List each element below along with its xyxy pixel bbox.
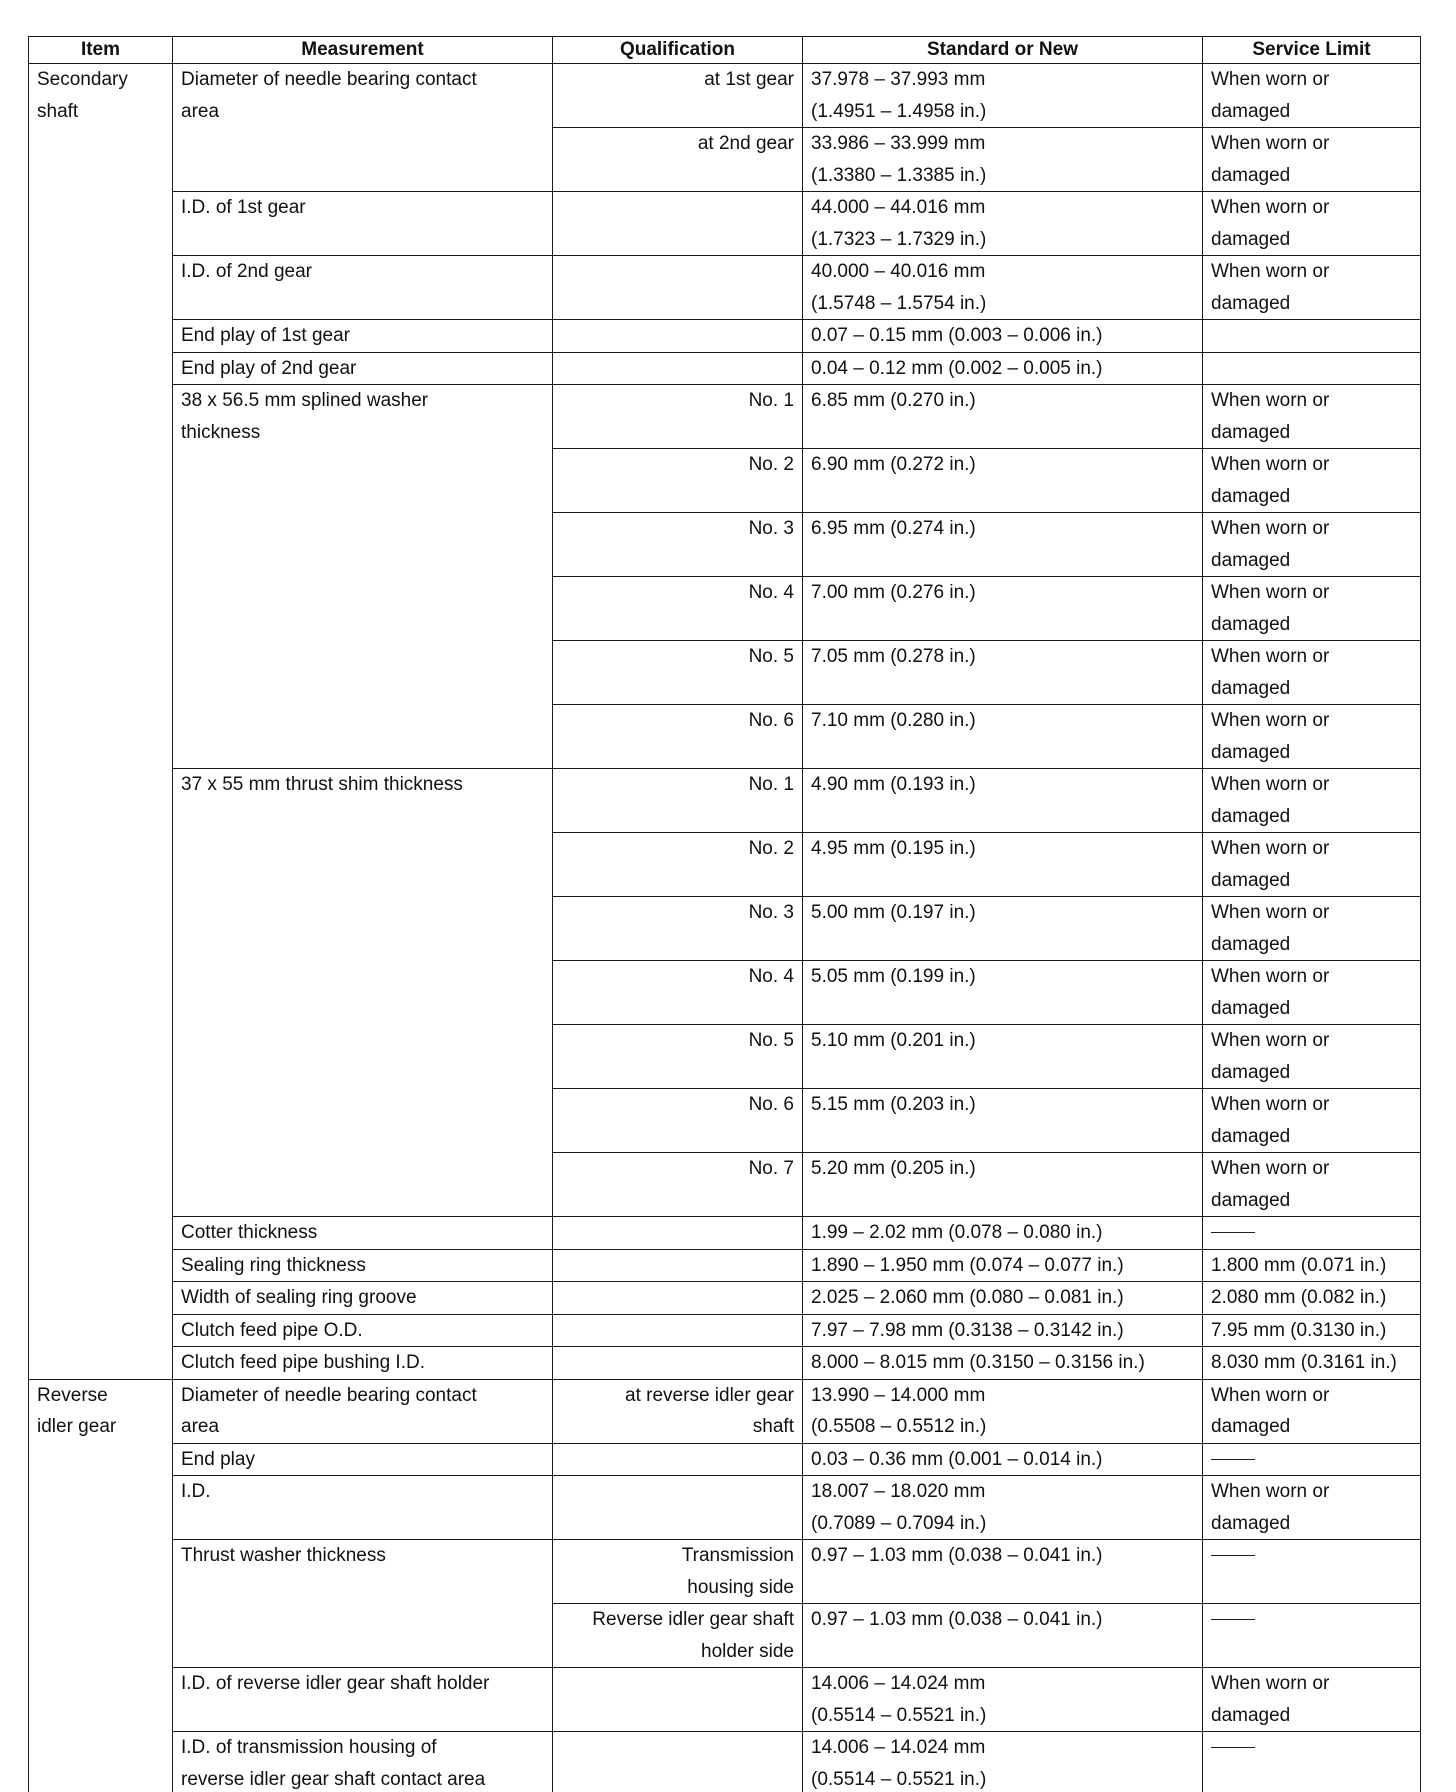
qualification-label: No. 7 <box>561 1153 794 1185</box>
qualification-label: holder side <box>561 1636 794 1668</box>
not-applicable-dash <box>1211 1555 1255 1556</box>
standard-cell: 5.00 mm (0.197 in.) <box>803 897 1203 961</box>
service-limit-value: damaged <box>1211 160 1412 192</box>
table-row: Cotter thickness1.99 – 2.02 mm (0.078 – … <box>29 1217 1421 1250</box>
service-limit-cell: When worn ordamaged <box>1203 1025 1421 1089</box>
item-label: shaft <box>37 96 164 128</box>
service-limit-value: damaged <box>1211 1121 1412 1153</box>
service-limit-value: When worn or <box>1211 1476 1412 1508</box>
qualification-cell <box>553 1217 803 1250</box>
service-limit-cell: 7.95 mm (0.3130 in.) <box>1203 1314 1421 1347</box>
service-limit-cell: When worn ordamaged <box>1203 577 1421 641</box>
item-cell: Reverseidler gear <box>29 1379 173 1792</box>
table-row: Reverseidler gearDiameter of needle bear… <box>29 1379 1421 1443</box>
qualification-label: at reverse idler gear <box>561 1380 794 1412</box>
measurement-cell: I.D. of reverse idler gear shaft holder <box>173 1668 553 1732</box>
measurement-label: 38 x 56.5 mm splined washer <box>181 385 544 417</box>
not-applicable-dash <box>1211 1459 1255 1460</box>
standard-value: 5.15 mm (0.203 in.) <box>811 1089 1194 1121</box>
service-limit-cell <box>1203 1540 1421 1604</box>
standard-cell: 0.97 – 1.03 mm (0.038 – 0.041 in.) <box>803 1540 1203 1604</box>
service-limit-value <box>1211 1604 1412 1636</box>
service-limit-value: When worn or <box>1211 128 1412 160</box>
measurement-label: End play of 2nd gear <box>181 353 544 385</box>
measurement-label: Thrust washer thickness <box>181 1540 544 1572</box>
qualification-label: No. 4 <box>561 577 794 609</box>
standard-cell: 4.90 mm (0.193 in.) <box>803 769 1203 833</box>
standard-value: 8.000 – 8.015 mm (0.3150 – 0.3156 in.) <box>811 1347 1194 1379</box>
service-limit-cell: When worn ordamaged <box>1203 769 1421 833</box>
service-limit-cell: When worn ordamaged <box>1203 385 1421 449</box>
standard-value: 44.000 – 44.016 mm <box>811 192 1194 224</box>
qualification-label: No. 3 <box>561 513 794 545</box>
measurement-cell: Thrust washer thickness <box>173 1540 553 1668</box>
standard-value: 6.95 mm (0.274 in.) <box>811 513 1194 545</box>
standard-value: (0.5508 – 0.5512 in.) <box>811 1411 1194 1443</box>
standard-cell: 5.10 mm (0.201 in.) <box>803 1025 1203 1089</box>
service-limit-value: When worn or <box>1211 385 1412 417</box>
standard-value: 14.006 – 14.024 mm <box>811 1732 1194 1764</box>
standard-value: 18.007 – 18.020 mm <box>811 1476 1194 1508</box>
service-limit-value: When worn or <box>1211 1668 1412 1700</box>
item-label: Secondary <box>37 64 164 96</box>
qualification-label: No. 5 <box>561 641 794 673</box>
measurement-label: I.D. of 2nd gear <box>181 256 544 288</box>
measurement-cell: Diameter of needle bearing contactarea <box>173 64 553 192</box>
service-limit-value: damaged <box>1211 1411 1412 1443</box>
service-limit-cell <box>1203 1443 1421 1476</box>
qualification-cell: Reverse idler gear shaftholder side <box>553 1604 803 1668</box>
qualification-cell: No. 3 <box>553 897 803 961</box>
service-limit-value: When worn or <box>1211 577 1412 609</box>
table-row: End play0.03 – 0.36 mm (0.001 – 0.014 in… <box>29 1443 1421 1476</box>
service-limit-cell <box>1203 1217 1421 1250</box>
qualification-label: Transmission <box>561 1540 794 1572</box>
measurement-label: I.D. of transmission housing of <box>181 1732 544 1764</box>
measurement-label: area <box>181 1411 544 1443</box>
qualification-cell: No. 2 <box>553 449 803 513</box>
measurement-cell: I.D. of 1st gear <box>173 192 553 256</box>
standard-cell: 13.990 – 14.000 mm(0.5508 – 0.5512 in.) <box>803 1379 1203 1443</box>
standard-value: 40.000 – 40.016 mm <box>811 256 1194 288</box>
header-item: Item <box>29 37 173 64</box>
qualification-cell: No. 1 <box>553 385 803 449</box>
qualification-cell <box>553 1249 803 1282</box>
service-limit-value: When worn or <box>1211 769 1412 801</box>
standard-cell: 44.000 – 44.016 mm(1.7323 – 1.7329 in.) <box>803 192 1203 256</box>
measurement-label: Diameter of needle bearing contact <box>181 64 544 96</box>
measurement-label: End play of 1st gear <box>181 320 544 352</box>
service-limit-value: damaged <box>1211 1508 1412 1540</box>
standard-cell: 0.97 – 1.03 mm (0.038 – 0.041 in.) <box>803 1604 1203 1668</box>
standard-cell: 5.20 mm (0.205 in.) <box>803 1153 1203 1217</box>
measurement-label: Diameter of needle bearing contact <box>181 1380 544 1412</box>
measurement-label: 37 x 55 mm thrust shim thickness <box>181 769 544 801</box>
standard-cell: 2.025 – 2.060 mm (0.080 – 0.081 in.) <box>803 1282 1203 1315</box>
standard-value: 14.006 – 14.024 mm <box>811 1668 1194 1700</box>
measurement-cell: End play of 2nd gear <box>173 352 553 385</box>
service-limit-value: damaged <box>1211 481 1412 513</box>
measurement-label: Cotter thickness <box>181 1217 544 1249</box>
standard-cell: 7.10 mm (0.280 in.) <box>803 705 1203 769</box>
table-header-row: Item Measurement Qualification Standard … <box>29 37 1421 64</box>
standard-cell: 8.000 – 8.015 mm (0.3150 – 0.3156 in.) <box>803 1347 1203 1380</box>
measurement-cell: 37 x 55 mm thrust shim thickness <box>173 769 553 1217</box>
service-limit-cell: When worn ordamaged <box>1203 1153 1421 1217</box>
service-limit-value <box>1211 1540 1412 1572</box>
standard-cell: 6.95 mm (0.274 in.) <box>803 513 1203 577</box>
standard-value: 6.90 mm (0.272 in.) <box>811 449 1194 481</box>
table-row: 38 x 56.5 mm splined washerthicknessNo. … <box>29 385 1421 449</box>
measurement-cell: 38 x 56.5 mm splined washerthickness <box>173 385 553 769</box>
service-limit-cell: When worn ordamaged <box>1203 1476 1421 1540</box>
service-limit-value: 2.080 mm (0.082 in.) <box>1211 1282 1412 1314</box>
qualification-label: shaft <box>561 1411 794 1443</box>
service-limit-value: When worn or <box>1211 705 1412 737</box>
standard-value: 1.890 – 1.950 mm (0.074 – 0.077 in.) <box>811 1250 1194 1282</box>
standard-value: 7.97 – 7.98 mm (0.3138 – 0.3142 in.) <box>811 1315 1194 1347</box>
qualification-cell: at 2nd gear <box>553 128 803 192</box>
measurement-label: reverse idler gear shaft contact area <box>181 1764 544 1792</box>
qualification-label: No. 2 <box>561 449 794 481</box>
service-limit-value: When worn or <box>1211 192 1412 224</box>
qualification-cell <box>553 1282 803 1315</box>
measurement-cell: Clutch feed pipe O.D. <box>173 1314 553 1347</box>
service-limit-value: damaged <box>1211 993 1412 1025</box>
qualification-cell: No. 4 <box>553 961 803 1025</box>
service-limit-cell <box>1203 352 1421 385</box>
qualification-label: No. 6 <box>561 705 794 737</box>
qualification-cell: at 1st gear <box>553 64 803 128</box>
service-limit-value: When worn or <box>1211 256 1412 288</box>
service-limit-cell: When worn ordamaged <box>1203 513 1421 577</box>
standard-value: 5.10 mm (0.201 in.) <box>811 1025 1194 1057</box>
measurement-label: Clutch feed pipe bushing I.D. <box>181 1347 544 1379</box>
qualification-cell: No. 1 <box>553 769 803 833</box>
standard-value: (1.7323 – 1.7329 in.) <box>811 224 1194 256</box>
standard-value: (1.3380 – 1.3385 in.) <box>811 160 1194 192</box>
table-row: 37 x 55 mm thrust shim thicknessNo. 14.9… <box>29 769 1421 833</box>
table-row: Thrust washer thicknessTransmissionhousi… <box>29 1540 1421 1604</box>
measurement-cell: Diameter of needle bearing contactarea <box>173 1379 553 1443</box>
standard-value: 5.00 mm (0.197 in.) <box>811 897 1194 929</box>
standard-cell: 5.15 mm (0.203 in.) <box>803 1089 1203 1153</box>
service-limit-value <box>1211 1217 1412 1249</box>
service-limit-value: 1.800 mm (0.071 in.) <box>1211 1250 1412 1282</box>
standard-cell: 7.05 mm (0.278 in.) <box>803 641 1203 705</box>
measurement-label: Clutch feed pipe O.D. <box>181 1315 544 1347</box>
standard-cell: 6.85 mm (0.270 in.) <box>803 385 1203 449</box>
measurement-label: thickness <box>181 417 544 449</box>
not-applicable-dash <box>1211 1619 1255 1620</box>
standard-value: (1.4951 – 1.4958 in.) <box>811 96 1194 128</box>
measurement-label: I.D. of 1st gear <box>181 192 544 224</box>
measurement-cell: I.D. of 2nd gear <box>173 256 553 320</box>
service-limit-value: When worn or <box>1211 513 1412 545</box>
service-limit-value: damaged <box>1211 865 1412 897</box>
standard-value: (0.5514 – 0.5521 in.) <box>811 1700 1194 1732</box>
qualification-label: No. 6 <box>561 1089 794 1121</box>
service-limit-value: damaged <box>1211 417 1412 449</box>
standard-cell: 40.000 – 40.016 mm(1.5748 – 1.5754 in.) <box>803 256 1203 320</box>
service-limit-cell: When worn ordamaged <box>1203 1668 1421 1732</box>
qualification-cell: No. 2 <box>553 833 803 897</box>
qualification-label: No. 4 <box>561 961 794 993</box>
service-limit-cell: When worn ordamaged <box>1203 1379 1421 1443</box>
measurement-label: I.D. <box>181 1476 544 1508</box>
service-limit-value: When worn or <box>1211 1380 1412 1412</box>
table-row: End play of 2nd gear0.04 – 0.12 mm (0.00… <box>29 352 1421 385</box>
measurement-cell: Cotter thickness <box>173 1217 553 1250</box>
measurement-cell: End play <box>173 1443 553 1476</box>
standard-cell: 4.95 mm (0.195 in.) <box>803 833 1203 897</box>
qualification-label: at 2nd gear <box>561 128 794 160</box>
measurement-label: Sealing ring thickness <box>181 1250 544 1282</box>
standard-cell: 6.90 mm (0.272 in.) <box>803 449 1203 513</box>
header-standard: Standard or New <box>803 37 1203 64</box>
qualification-label: Reverse idler gear shaft <box>561 1604 794 1636</box>
standard-cell: 1.890 – 1.950 mm (0.074 – 0.077 in.) <box>803 1249 1203 1282</box>
qualification-cell <box>553 320 803 353</box>
spec-sheet: Item Measurement Qualification Standard … <box>28 36 1420 1792</box>
item-label: idler gear <box>37 1411 164 1443</box>
service-limit-value: damaged <box>1211 609 1412 641</box>
standard-value: 0.07 – 0.15 mm (0.003 – 0.006 in.) <box>811 320 1194 352</box>
qualification-cell: No. 5 <box>553 641 803 705</box>
table-row: End play of 1st gear0.07 – 0.15 mm (0.00… <box>29 320 1421 353</box>
service-limit-cell <box>1203 1732 1421 1792</box>
service-limit-value: When worn or <box>1211 641 1412 673</box>
header-qualification: Qualification <box>553 37 803 64</box>
standard-value: (1.5748 – 1.5754 in.) <box>811 288 1194 320</box>
not-applicable-dash <box>1211 1232 1255 1233</box>
table-row: I.D. of 2nd gear40.000 – 40.016 mm(1.574… <box>29 256 1421 320</box>
qualification-cell: Transmissionhousing side <box>553 1540 803 1604</box>
service-limit-value: When worn or <box>1211 1025 1412 1057</box>
table-row: I.D. of 1st gear44.000 – 44.016 mm(1.732… <box>29 192 1421 256</box>
measurement-cell: End play of 1st gear <box>173 320 553 353</box>
service-limit-cell: When worn ordamaged <box>1203 641 1421 705</box>
table-row: Clutch feed pipe bushing I.D.8.000 – 8.0… <box>29 1347 1421 1380</box>
item-cell: Secondaryshaft <box>29 64 173 1380</box>
service-limit-cell: When worn ordamaged <box>1203 705 1421 769</box>
item-label: Reverse <box>37 1380 164 1412</box>
qualification-label: No. 1 <box>561 385 794 417</box>
service-limit-cell: When worn ordamaged <box>1203 64 1421 128</box>
service-limit-cell: When worn ordamaged <box>1203 1089 1421 1153</box>
qualification-label: No. 5 <box>561 1025 794 1057</box>
service-limit-cell: When worn ordamaged <box>1203 833 1421 897</box>
standard-cell: 7.00 mm (0.276 in.) <box>803 577 1203 641</box>
service-limit-cell: When worn ordamaged <box>1203 128 1421 192</box>
service-limit-value: damaged <box>1211 737 1412 769</box>
qualification-cell <box>553 256 803 320</box>
table-row: I.D. of reverse idler gear shaft holder1… <box>29 1668 1421 1732</box>
qualification-cell: No. 5 <box>553 1025 803 1089</box>
standard-value: 5.05 mm (0.199 in.) <box>811 961 1194 993</box>
standard-value: 13.990 – 14.000 mm <box>811 1380 1194 1412</box>
qualification-cell <box>553 1732 803 1792</box>
table-row: I.D.18.007 – 18.020 mm(0.7089 – 0.7094 i… <box>29 1476 1421 1540</box>
service-limit-cell: 2.080 mm (0.082 in.) <box>1203 1282 1421 1315</box>
service-limit-cell: When worn ordamaged <box>1203 961 1421 1025</box>
standard-cell: 33.986 – 33.999 mm(1.3380 – 1.3385 in.) <box>803 128 1203 192</box>
service-limit-value: damaged <box>1211 1700 1412 1732</box>
service-limit-value: When worn or <box>1211 64 1412 96</box>
service-limit-cell: 1.800 mm (0.071 in.) <box>1203 1249 1421 1282</box>
standard-value: 7.00 mm (0.276 in.) <box>811 577 1194 609</box>
standard-value: (0.7089 – 0.7094 in.) <box>811 1508 1194 1540</box>
service-limit-value: damaged <box>1211 545 1412 577</box>
service-limit-value: damaged <box>1211 224 1412 256</box>
qualification-label: No. 3 <box>561 897 794 929</box>
standard-cell: 0.03 – 0.36 mm (0.001 – 0.014 in.) <box>803 1443 1203 1476</box>
qualification-cell <box>553 1668 803 1732</box>
not-applicable-dash <box>1211 1747 1255 1748</box>
standard-cell: 1.99 – 2.02 mm (0.078 – 0.080 in.) <box>803 1217 1203 1250</box>
service-limit-value: damaged <box>1211 929 1412 961</box>
standard-value: 37.978 – 37.993 mm <box>811 64 1194 96</box>
measurement-cell: Sealing ring thickness <box>173 1249 553 1282</box>
standard-value: 33.986 – 33.999 mm <box>811 128 1194 160</box>
standard-value: 2.025 – 2.060 mm (0.080 – 0.081 in.) <box>811 1282 1194 1314</box>
standard-value: 7.05 mm (0.278 in.) <box>811 641 1194 673</box>
service-limit-value: damaged <box>1211 1185 1412 1217</box>
standard-cell: 7.97 – 7.98 mm (0.3138 – 0.3142 in.) <box>803 1314 1203 1347</box>
service-limit-value: damaged <box>1211 288 1412 320</box>
standard-value: 0.03 – 0.36 mm (0.001 – 0.014 in.) <box>811 1444 1194 1476</box>
service-limit-value: damaged <box>1211 1057 1412 1089</box>
service-limit-value: damaged <box>1211 96 1412 128</box>
standard-value: 5.20 mm (0.205 in.) <box>811 1153 1194 1185</box>
table-row: Width of sealing ring groove2.025 – 2.06… <box>29 1282 1421 1315</box>
table-row: SecondaryshaftDiameter of needle bearing… <box>29 64 1421 128</box>
standard-value: 4.95 mm (0.195 in.) <box>811 833 1194 865</box>
table-body: SecondaryshaftDiameter of needle bearing… <box>29 64 1421 1792</box>
measurement-label: area <box>181 96 544 128</box>
standard-value: 7.10 mm (0.280 in.) <box>811 705 1194 737</box>
standard-value: 0.97 – 1.03 mm (0.038 – 0.041 in.) <box>811 1604 1194 1636</box>
qualification-label: at 1st gear <box>561 64 794 96</box>
service-limit-cell: When worn ordamaged <box>1203 256 1421 320</box>
qualification-cell <box>553 1347 803 1380</box>
qualification-cell: at reverse idler gearshaft <box>553 1379 803 1443</box>
service-limit-value: When worn or <box>1211 1089 1412 1121</box>
standard-cell: 14.006 – 14.024 mm(0.5514 – 0.5521 in.) <box>803 1732 1203 1792</box>
service-limit-value: 7.95 mm (0.3130 in.) <box>1211 1315 1412 1347</box>
measurement-cell: Clutch feed pipe bushing I.D. <box>173 1347 553 1380</box>
service-limit-cell: When worn ordamaged <box>1203 897 1421 961</box>
standard-value: 6.85 mm (0.270 in.) <box>811 385 1194 417</box>
qualification-cell <box>553 192 803 256</box>
header-measurement: Measurement <box>173 37 553 64</box>
measurement-label: End play <box>181 1444 544 1476</box>
standard-cell: 18.007 – 18.020 mm(0.7089 – 0.7094 in.) <box>803 1476 1203 1540</box>
standard-cell: 0.07 – 0.15 mm (0.003 – 0.006 in.) <box>803 320 1203 353</box>
table-row: Clutch feed pipe O.D.7.97 – 7.98 mm (0.3… <box>29 1314 1421 1347</box>
service-limit-cell <box>1203 320 1421 353</box>
service-limit-value: When worn or <box>1211 449 1412 481</box>
service-limit-value <box>1211 1444 1412 1476</box>
qualification-cell: No. 6 <box>553 705 803 769</box>
measurement-cell: I.D. of transmission housing ofreverse i… <box>173 1732 553 1792</box>
qualification-cell: No. 4 <box>553 577 803 641</box>
service-limit-cell: When worn ordamaged <box>1203 449 1421 513</box>
table-row: Sealing ring thickness1.890 – 1.950 mm (… <box>29 1249 1421 1282</box>
qualification-cell: No. 6 <box>553 1089 803 1153</box>
service-limit-value: When worn or <box>1211 833 1412 865</box>
service-limit-value: When worn or <box>1211 1153 1412 1185</box>
standard-cell: 0.04 – 0.12 mm (0.002 – 0.005 in.) <box>803 352 1203 385</box>
standard-value: 4.90 mm (0.193 in.) <box>811 769 1194 801</box>
standard-value: 0.97 – 1.03 mm (0.038 – 0.041 in.) <box>811 1540 1194 1572</box>
service-limit-value: When worn or <box>1211 961 1412 993</box>
qualification-cell: No. 3 <box>553 513 803 577</box>
service-limit-cell <box>1203 1604 1421 1668</box>
measurement-label: I.D. of reverse idler gear shaft holder <box>181 1668 544 1700</box>
qualification-cell <box>553 1443 803 1476</box>
qualification-label: housing side <box>561 1572 794 1604</box>
service-limit-value: When worn or <box>1211 897 1412 929</box>
qualification-cell <box>553 352 803 385</box>
qualification-cell <box>553 1476 803 1540</box>
qualification-cell <box>553 1314 803 1347</box>
service-limit-value <box>1211 1732 1412 1764</box>
service-limit-cell: When worn ordamaged <box>1203 192 1421 256</box>
standard-value: 1.99 – 2.02 mm (0.078 – 0.080 in.) <box>811 1217 1194 1249</box>
measurement-cell: Width of sealing ring groove <box>173 1282 553 1315</box>
standard-value: (0.5514 – 0.5521 in.) <box>811 1764 1194 1792</box>
standard-cell: 37.978 – 37.993 mm(1.4951 – 1.4958 in.) <box>803 64 1203 128</box>
qualification-label: No. 2 <box>561 833 794 865</box>
service-limit-value: damaged <box>1211 801 1412 833</box>
standard-value: 0.04 – 0.12 mm (0.002 – 0.005 in.) <box>811 353 1194 385</box>
service-spec-table: Item Measurement Qualification Standard … <box>28 36 1421 1792</box>
header-service-limit: Service Limit <box>1203 37 1421 64</box>
table-row: I.D. of transmission housing ofreverse i… <box>29 1732 1421 1792</box>
service-limit-value: 8.030 mm (0.3161 in.) <box>1211 1347 1412 1379</box>
measurement-cell: I.D. <box>173 1476 553 1540</box>
standard-cell: 14.006 – 14.024 mm(0.5514 – 0.5521 in.) <box>803 1668 1203 1732</box>
service-limit-cell: 8.030 mm (0.3161 in.) <box>1203 1347 1421 1380</box>
service-limit-value: damaged <box>1211 673 1412 705</box>
qualification-cell: No. 7 <box>553 1153 803 1217</box>
qualification-label: No. 1 <box>561 769 794 801</box>
measurement-label: Width of sealing ring groove <box>181 1282 544 1314</box>
standard-cell: 5.05 mm (0.199 in.) <box>803 961 1203 1025</box>
